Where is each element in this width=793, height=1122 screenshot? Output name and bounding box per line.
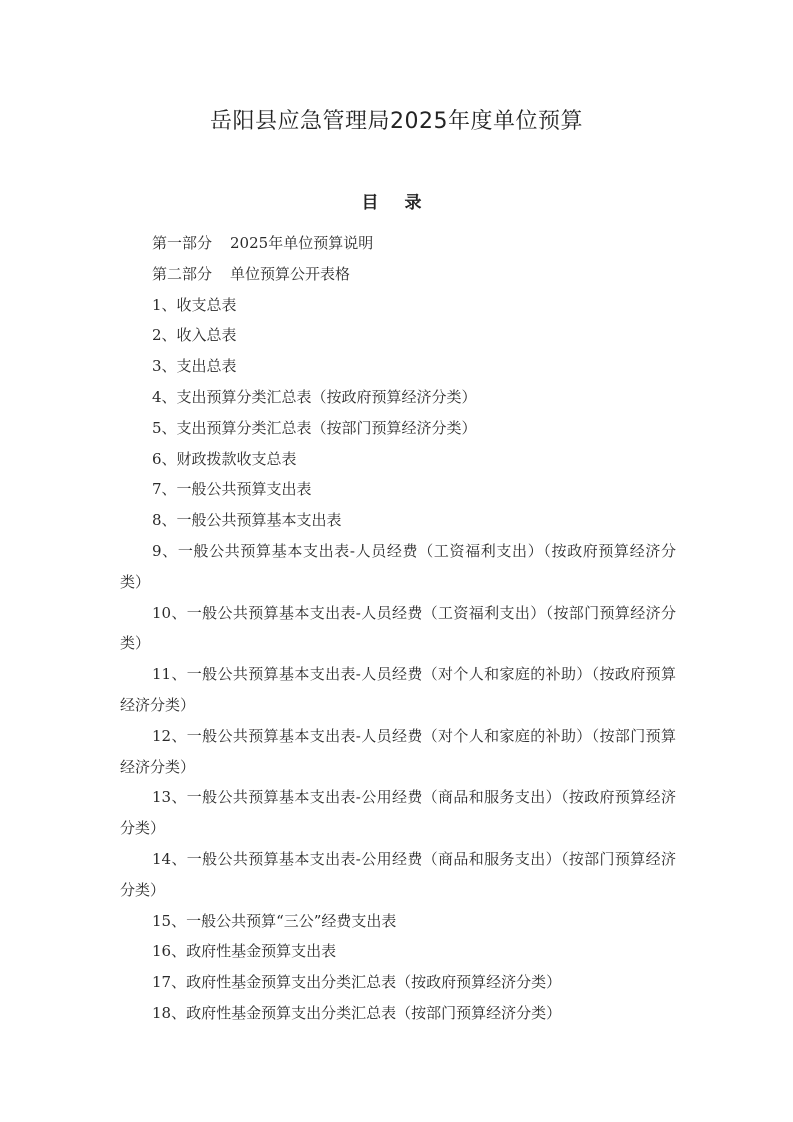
- toc-item: 7、一般公共预算支出表: [120, 474, 676, 505]
- toc-item: 5、支出预算分类汇总表（按部门预算经济分类）: [120, 413, 676, 444]
- toc-item: 6、财政拨款收支总表: [120, 444, 676, 475]
- toc-item: 10、一般公共预算基本支出表-人员经费（工资福利支出）（按部门预算经济分类）: [120, 598, 676, 660]
- toc-item: 9、一般公共预算基本支出表-人员经费（工资福利支出）（按政府预算经济分类）: [120, 536, 676, 598]
- toc-item: 1、收支总表: [120, 290, 676, 321]
- toc-item: 2、收入总表: [120, 320, 676, 351]
- toc-item: 15、一般公共预算“三公”经费支出表: [120, 906, 676, 937]
- part-text: 单位预算公开表格: [230, 265, 350, 283]
- toc-item: 3、支出总表: [120, 351, 676, 382]
- table-of-contents: 第一部分2025年单位预算说明 第二部分单位预算公开表格 1、收支总表 2、收入…: [120, 228, 676, 1029]
- toc-item: 11、一般公共预算基本支出表-人员经费（对个人和家庭的补助）（按政府预算经济分类…: [120, 659, 676, 721]
- toc-item: 4、支出预算分类汇总表（按政府预算经济分类）: [120, 382, 676, 413]
- part-label: 第二部分: [152, 265, 212, 283]
- part-label: 第一部分: [152, 234, 212, 252]
- part-text: 2025年单位预算说明: [230, 234, 373, 252]
- toc-item: 13、一般公共预算基本支出表-公用经费（商品和服务支出）（按政府预算经济分类）: [120, 782, 676, 844]
- toc-item: 14、一般公共预算基本支出表-公用经费（商品和服务支出）（按部门预算经济分类）: [120, 844, 676, 906]
- toc-item: 8、一般公共预算基本支出表: [120, 505, 676, 536]
- toc-item: 16、政府性基金预算支出表: [120, 936, 676, 967]
- toc-part-2: 第二部分单位预算公开表格: [120, 259, 676, 290]
- document-title: 岳阳县应急管理局2025年度单位预算: [0, 104, 793, 135]
- toc-item: 12、一般公共预算基本支出表-人员经费（对个人和家庭的补助）（按部门预算经济分类…: [120, 721, 676, 783]
- toc-part-1: 第一部分2025年单位预算说明: [120, 228, 676, 259]
- toc-item: 18、政府性基金预算支出分类汇总表（按部门预算经济分类）: [120, 998, 676, 1029]
- toc-item: 17、政府性基金预算支出分类汇总表（按政府预算经济分类）: [120, 967, 676, 998]
- toc-heading: 目 录: [0, 188, 793, 213]
